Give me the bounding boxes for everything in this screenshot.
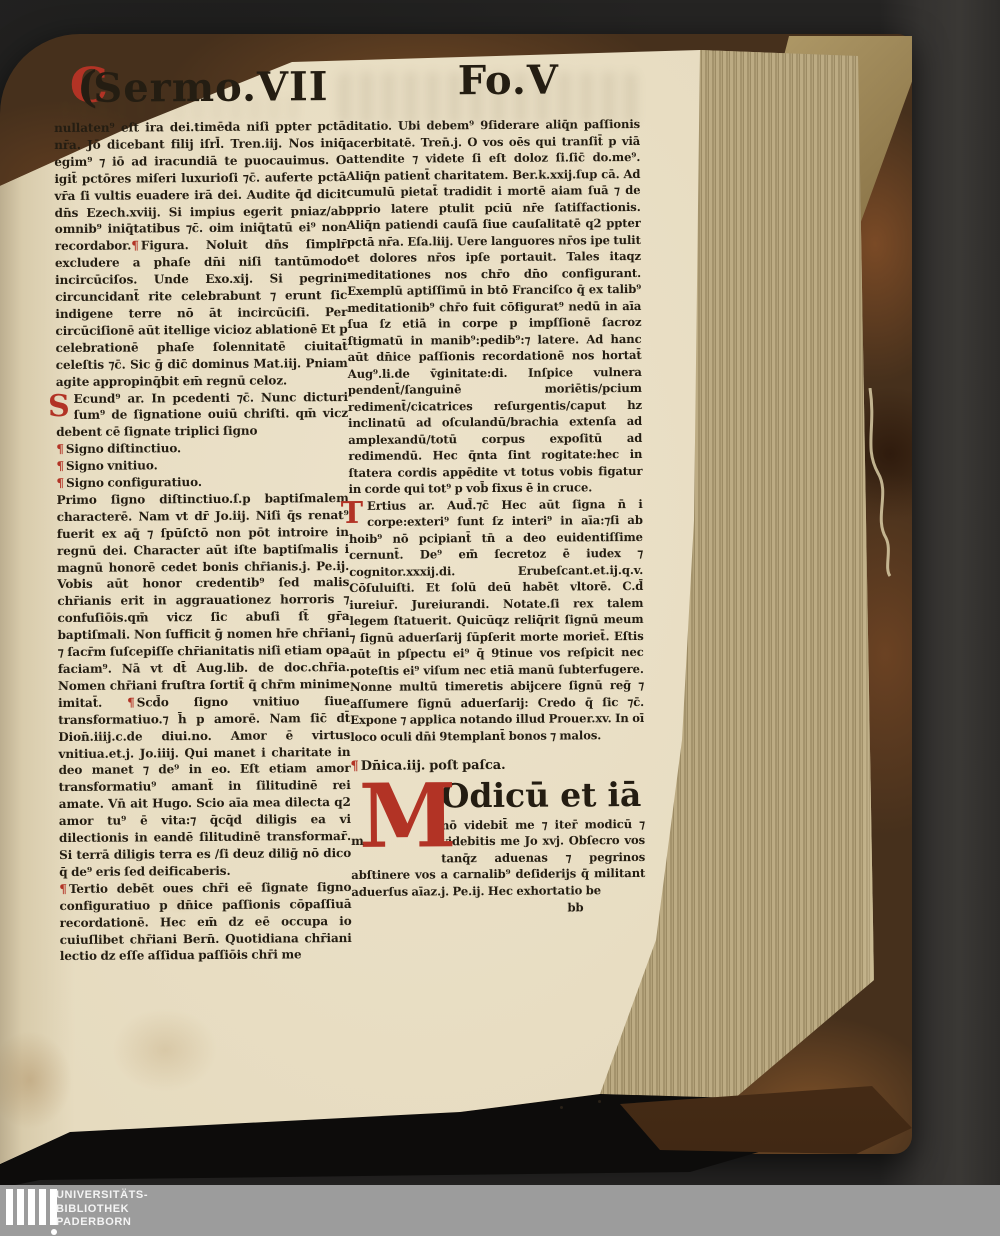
paragraph: TErtius ar. Aud̄.⁊c̄ Hec aūt ſigna n̄ i …	[349, 495, 645, 745]
pilcrow-mark: ¶	[131, 239, 141, 253]
library-name: UNIVERSITÄTS- BIBLIOTHEK PADERBORN	[56, 1189, 148, 1230]
list-item-label: Signo configuratiuo.	[66, 475, 202, 490]
loose-thread	[856, 388, 906, 578]
pilcrow-mark: ¶	[56, 442, 66, 456]
list-item-label: Signo diſtinctiuo.	[66, 441, 181, 456]
pilcrow-mark: ¶	[59, 882, 69, 896]
scanned-book-photo: C(Sermo.VII Fo.V nullaten⁹ eſt ira dei.t…	[0, 0, 1000, 1236]
list-item: ¶Signo configuratiuo.	[56, 473, 348, 492]
paragraph: ditatio. Ubi debem⁹ 9ſiderare aliq̄n paſ…	[346, 116, 643, 498]
sermon-title: Sermo.VII	[93, 63, 328, 112]
printed-text-area: C(Sermo.VII Fo.V nullaten⁹ eſt ira dei.t…	[0, 0, 777, 1150]
body-text: Scd̄o ſigno vnitiuo ſiue transformatiuo.…	[58, 694, 351, 879]
body-text: Ertius ar. Aud̄.⁊c̄ Hec aūt ſigna n̄ i c…	[349, 496, 644, 743]
library-footer-band: UNIVERSITÄTS- BIBLIOTHEK PADERBORN	[0, 1185, 1000, 1236]
rubricated-initial-t: T	[341, 497, 367, 527]
paragraph: SEcund⁹ ar. In pcedenti ⁊c̄. Nunc dictur…	[56, 388, 348, 441]
body-text: nullaten⁹ eſt ira dei.timēda niſi ppter …	[54, 119, 347, 253]
pilcrow-mark: ¶	[56, 476, 66, 490]
list-item: ¶Signo vnitiuo.	[56, 456, 348, 475]
paragraph: ¶Tertio debēt oues chr̄i eē ſignate ſign…	[59, 879, 352, 966]
pilcrow-mark: ¶	[127, 695, 137, 709]
guide-letter: m	[351, 833, 364, 850]
quire-signature: bb	[351, 899, 645, 918]
rubricated-initial-s: S	[48, 390, 74, 420]
library-name-line: BIBLIOTHEK	[56, 1203, 148, 1217]
list-item: ¶Signo diſtinctiuo.	[56, 439, 348, 458]
body-text: ditatio. Ubi debem⁹ 9ſiderare aliq̄n paſ…	[346, 117, 643, 496]
running-title: C(Sermo.VII	[70, 56, 329, 114]
body-text: Tertio debēt oues chr̄i eē ſignate ſigno…	[59, 880, 351, 964]
pilcrow-mark: ¶	[56, 459, 66, 473]
incipit-block: M m Odicū et iā nō videbit̄ me ⁊ iter̄ m…	[351, 773, 646, 917]
library-name-line: PADERBORN	[56, 1216, 148, 1230]
text-column-left: nullaten⁹ eſt ira dei.timēda niſi ppter …	[54, 118, 352, 965]
folio-number: Fo.V	[458, 57, 559, 105]
body-text: Ecund⁹ ar. In pcedenti ⁊c̄. Nunc dicturi…	[56, 389, 348, 439]
library-name-line: UNIVERSITÄTS-	[56, 1189, 148, 1203]
paragraph: nullaten⁹ eſt ira dei.timēda niſi ppter …	[54, 118, 348, 391]
body-text: Primo ſigno diſtinctiuo.ſ.p baptiſmalem …	[57, 491, 350, 710]
list-item-label: Signo vnitiuo.	[66, 458, 158, 473]
body-text: Figura. Noluit dn̄s ſimplr̄ excludere a …	[55, 237, 348, 388]
text-column-right: ditatio. Ubi debem⁹ 9ſiderare aliq̄n paſ…	[346, 116, 646, 918]
rubricated-initial-m: M m	[351, 779, 434, 856]
paragraph: Primo ſigno diſtinctiuo.ſ.p baptiſmalem …	[57, 490, 352, 881]
